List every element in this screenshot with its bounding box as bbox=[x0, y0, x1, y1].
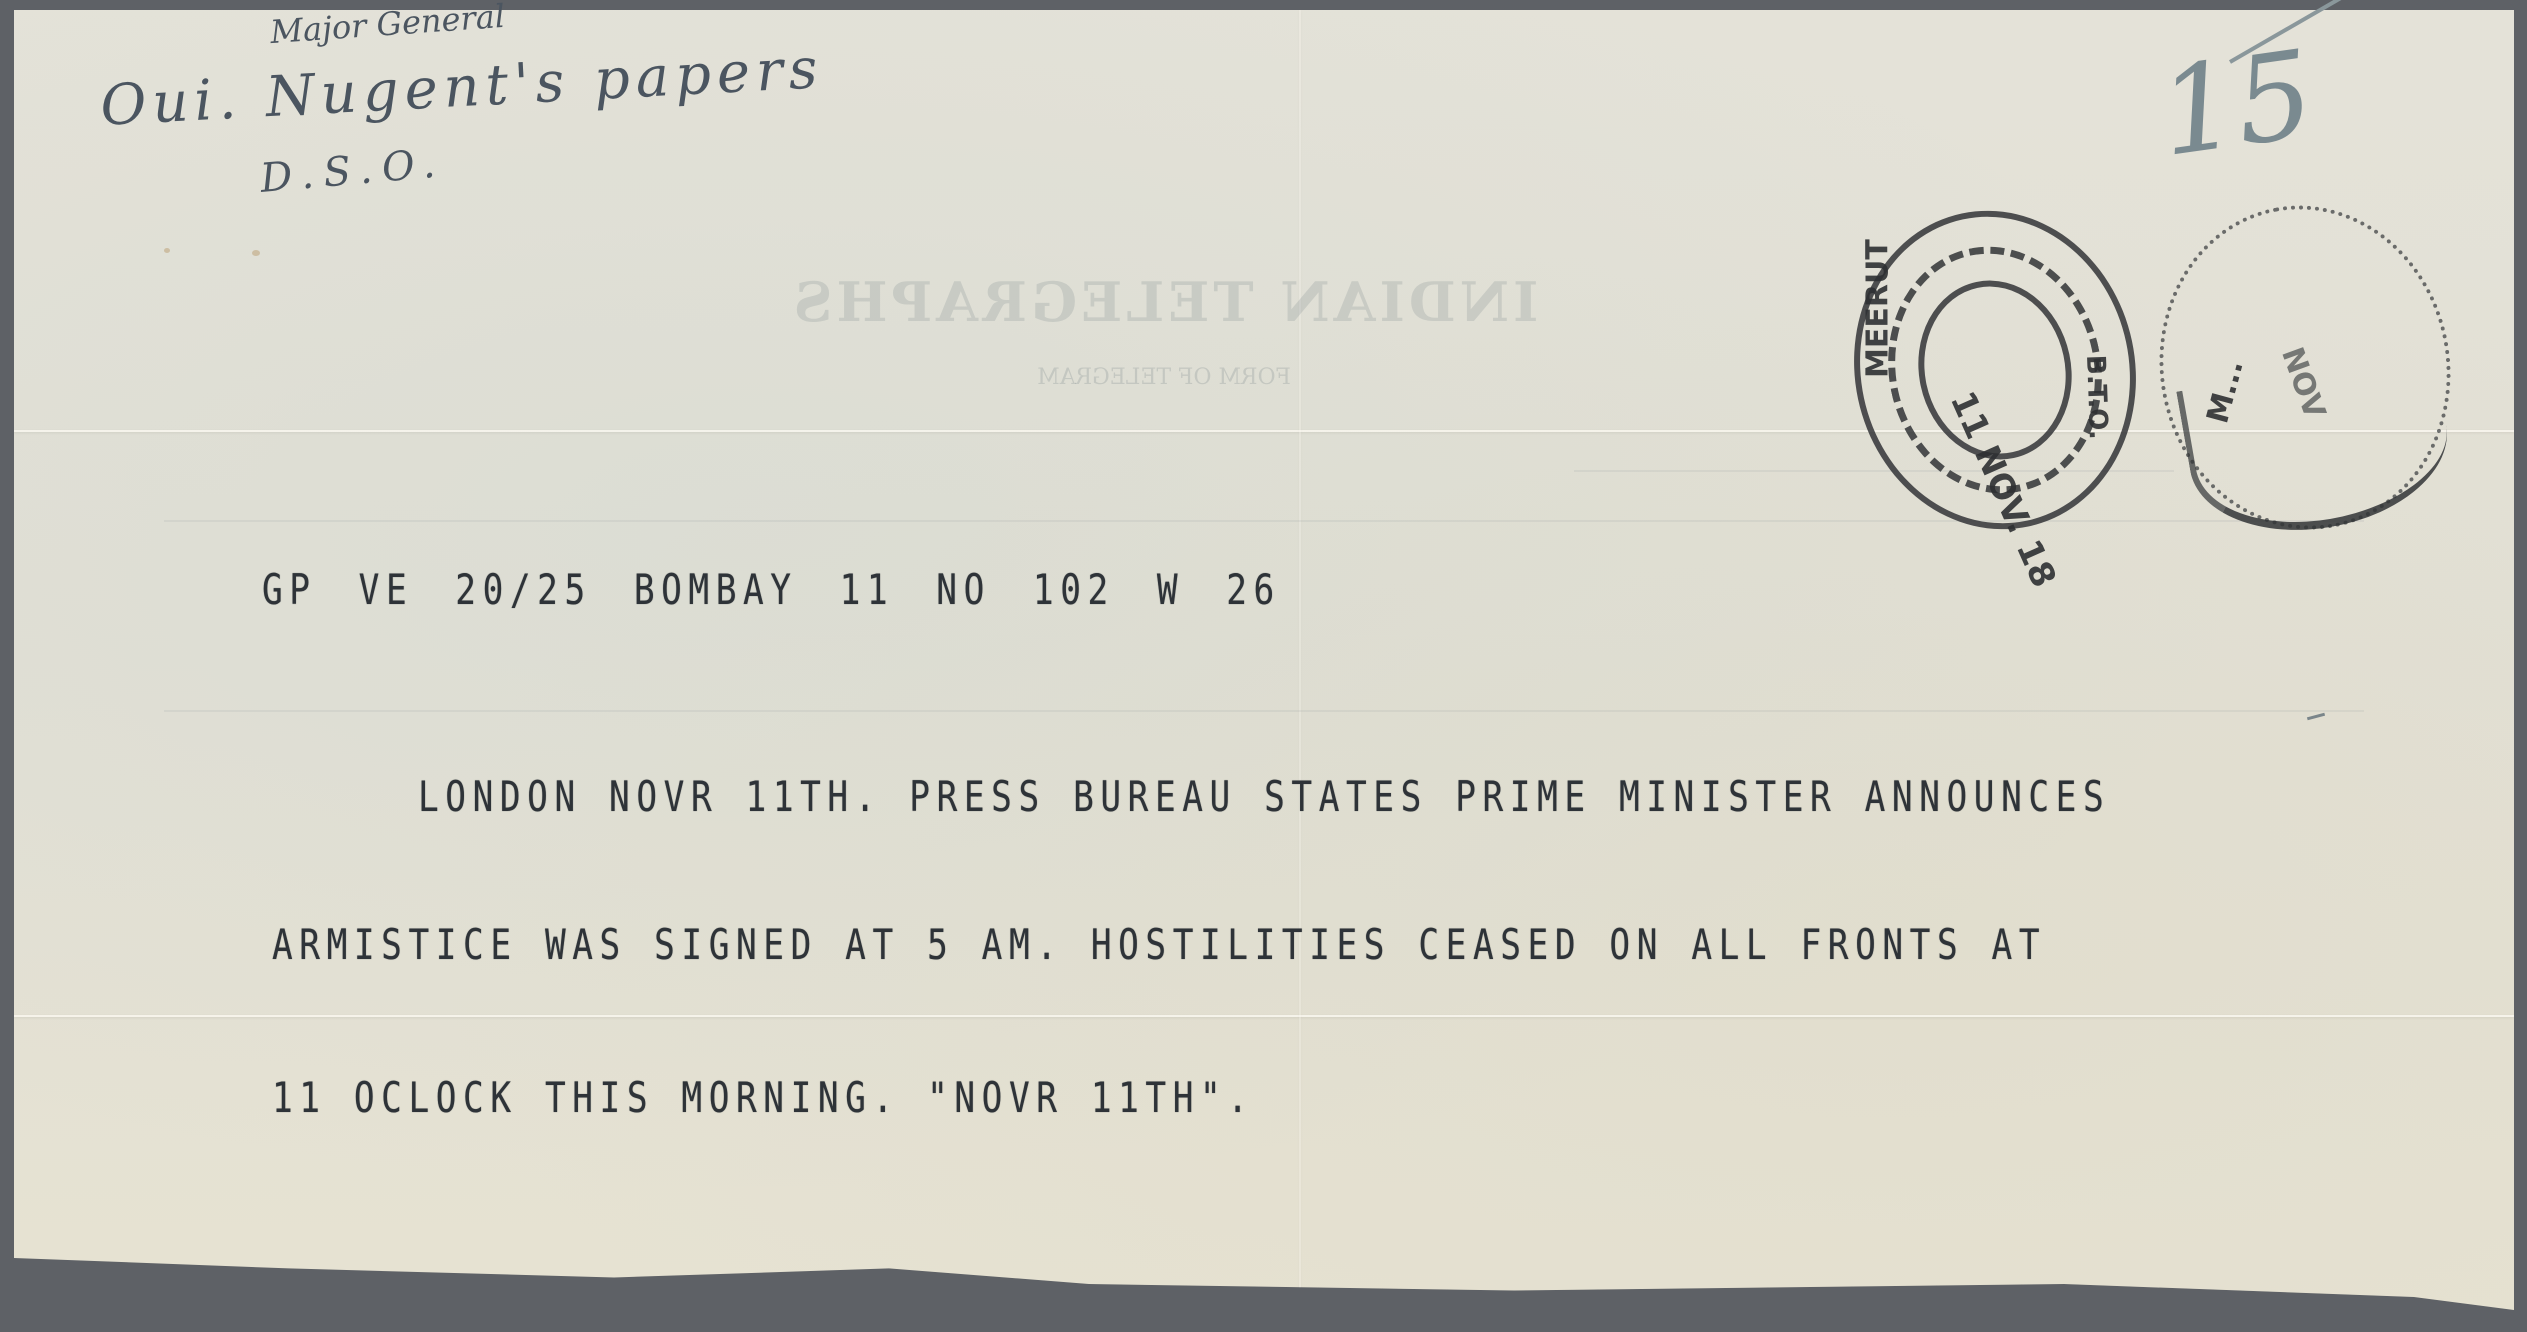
telegram-header-line: GP VE 20/25 BOMBAY 11 NO 102 W 26 bbox=[262, 565, 1281, 614]
form-subheading-show-through: FORM OF TELEGRAM bbox=[864, 365, 1464, 390]
telegram-body-line-1: LONDON NOVR 11TH. PRESS BUREAU STATES PR… bbox=[418, 772, 2110, 821]
foxing-spot bbox=[252, 250, 260, 256]
postmark-office: B.T.O. bbox=[2080, 354, 2113, 440]
telegram-body-line-2: ARMISTICE WAS SIGNED AT 5 AM. HOSTILITIE… bbox=[272, 920, 2046, 969]
form-rule bbox=[164, 710, 2364, 712]
postmark-city: MEERUT bbox=[1861, 239, 1896, 378]
telegram-body-line-3: 11 OCLOCK THIS MORNING. "NOVR 11TH". bbox=[272, 1073, 1255, 1122]
foxing-spot bbox=[164, 248, 170, 253]
handwritten-lot-number: 15 bbox=[2151, 25, 2322, 184]
fold-crease bbox=[14, 430, 2514, 432]
fold-crease bbox=[14, 1015, 2514, 1017]
fold-crease bbox=[1299, 10, 1301, 1310]
form-heading-show-through: INDIAN TELEGRAPHS bbox=[714, 270, 1614, 334]
